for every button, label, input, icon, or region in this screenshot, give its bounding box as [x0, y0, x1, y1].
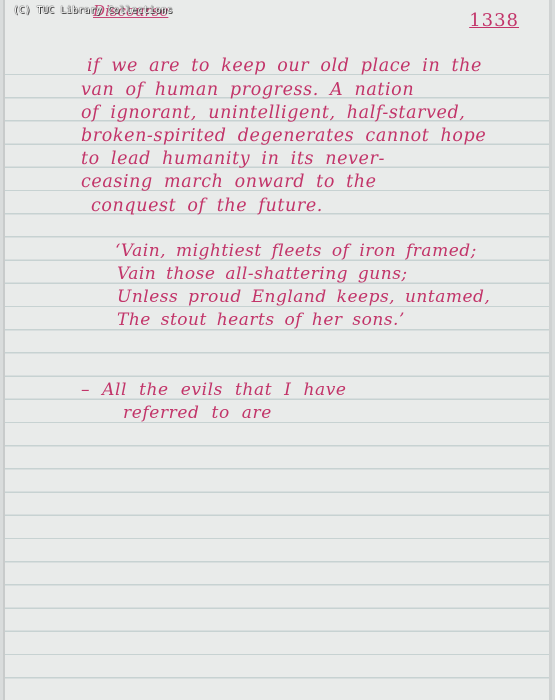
copyright-watermark: (C) TUC Library Collections [13, 5, 173, 16]
page-number: 1338 [469, 10, 519, 31]
closing-line: – All the evils that I have [81, 380, 347, 400]
closing-line-text: All the evils that I have [102, 380, 346, 400]
verse-line: The stout hearts of her sons.’ [117, 310, 405, 330]
verse-line: Vain those all-shattering guns; [117, 264, 408, 284]
paragraph-line: van of human progress. A nation [81, 80, 414, 100]
verse-line: Unless proud England keeps, untamed, [117, 287, 490, 307]
paragraph-line: of ignorant, unintelligent, half-starved… [81, 103, 465, 123]
paragraph-line: conquest of the future. [91, 196, 323, 216]
paragraph-line: ceasing march onward to the [81, 172, 377, 192]
paragraph-line: if we are to keep our old place in the [87, 56, 482, 76]
paragraph-line: to lead humanity in its never- [81, 149, 385, 169]
closing-line: referred to are [123, 403, 272, 423]
paragraph-line: broken-spirited degenerates cannot hope [81, 126, 486, 146]
verse-line: ‘Vain, mightiest fleets of iron framed; [115, 241, 477, 261]
manuscript-page: (C) TUC Library Collections Discourse 13… [3, 0, 552, 700]
